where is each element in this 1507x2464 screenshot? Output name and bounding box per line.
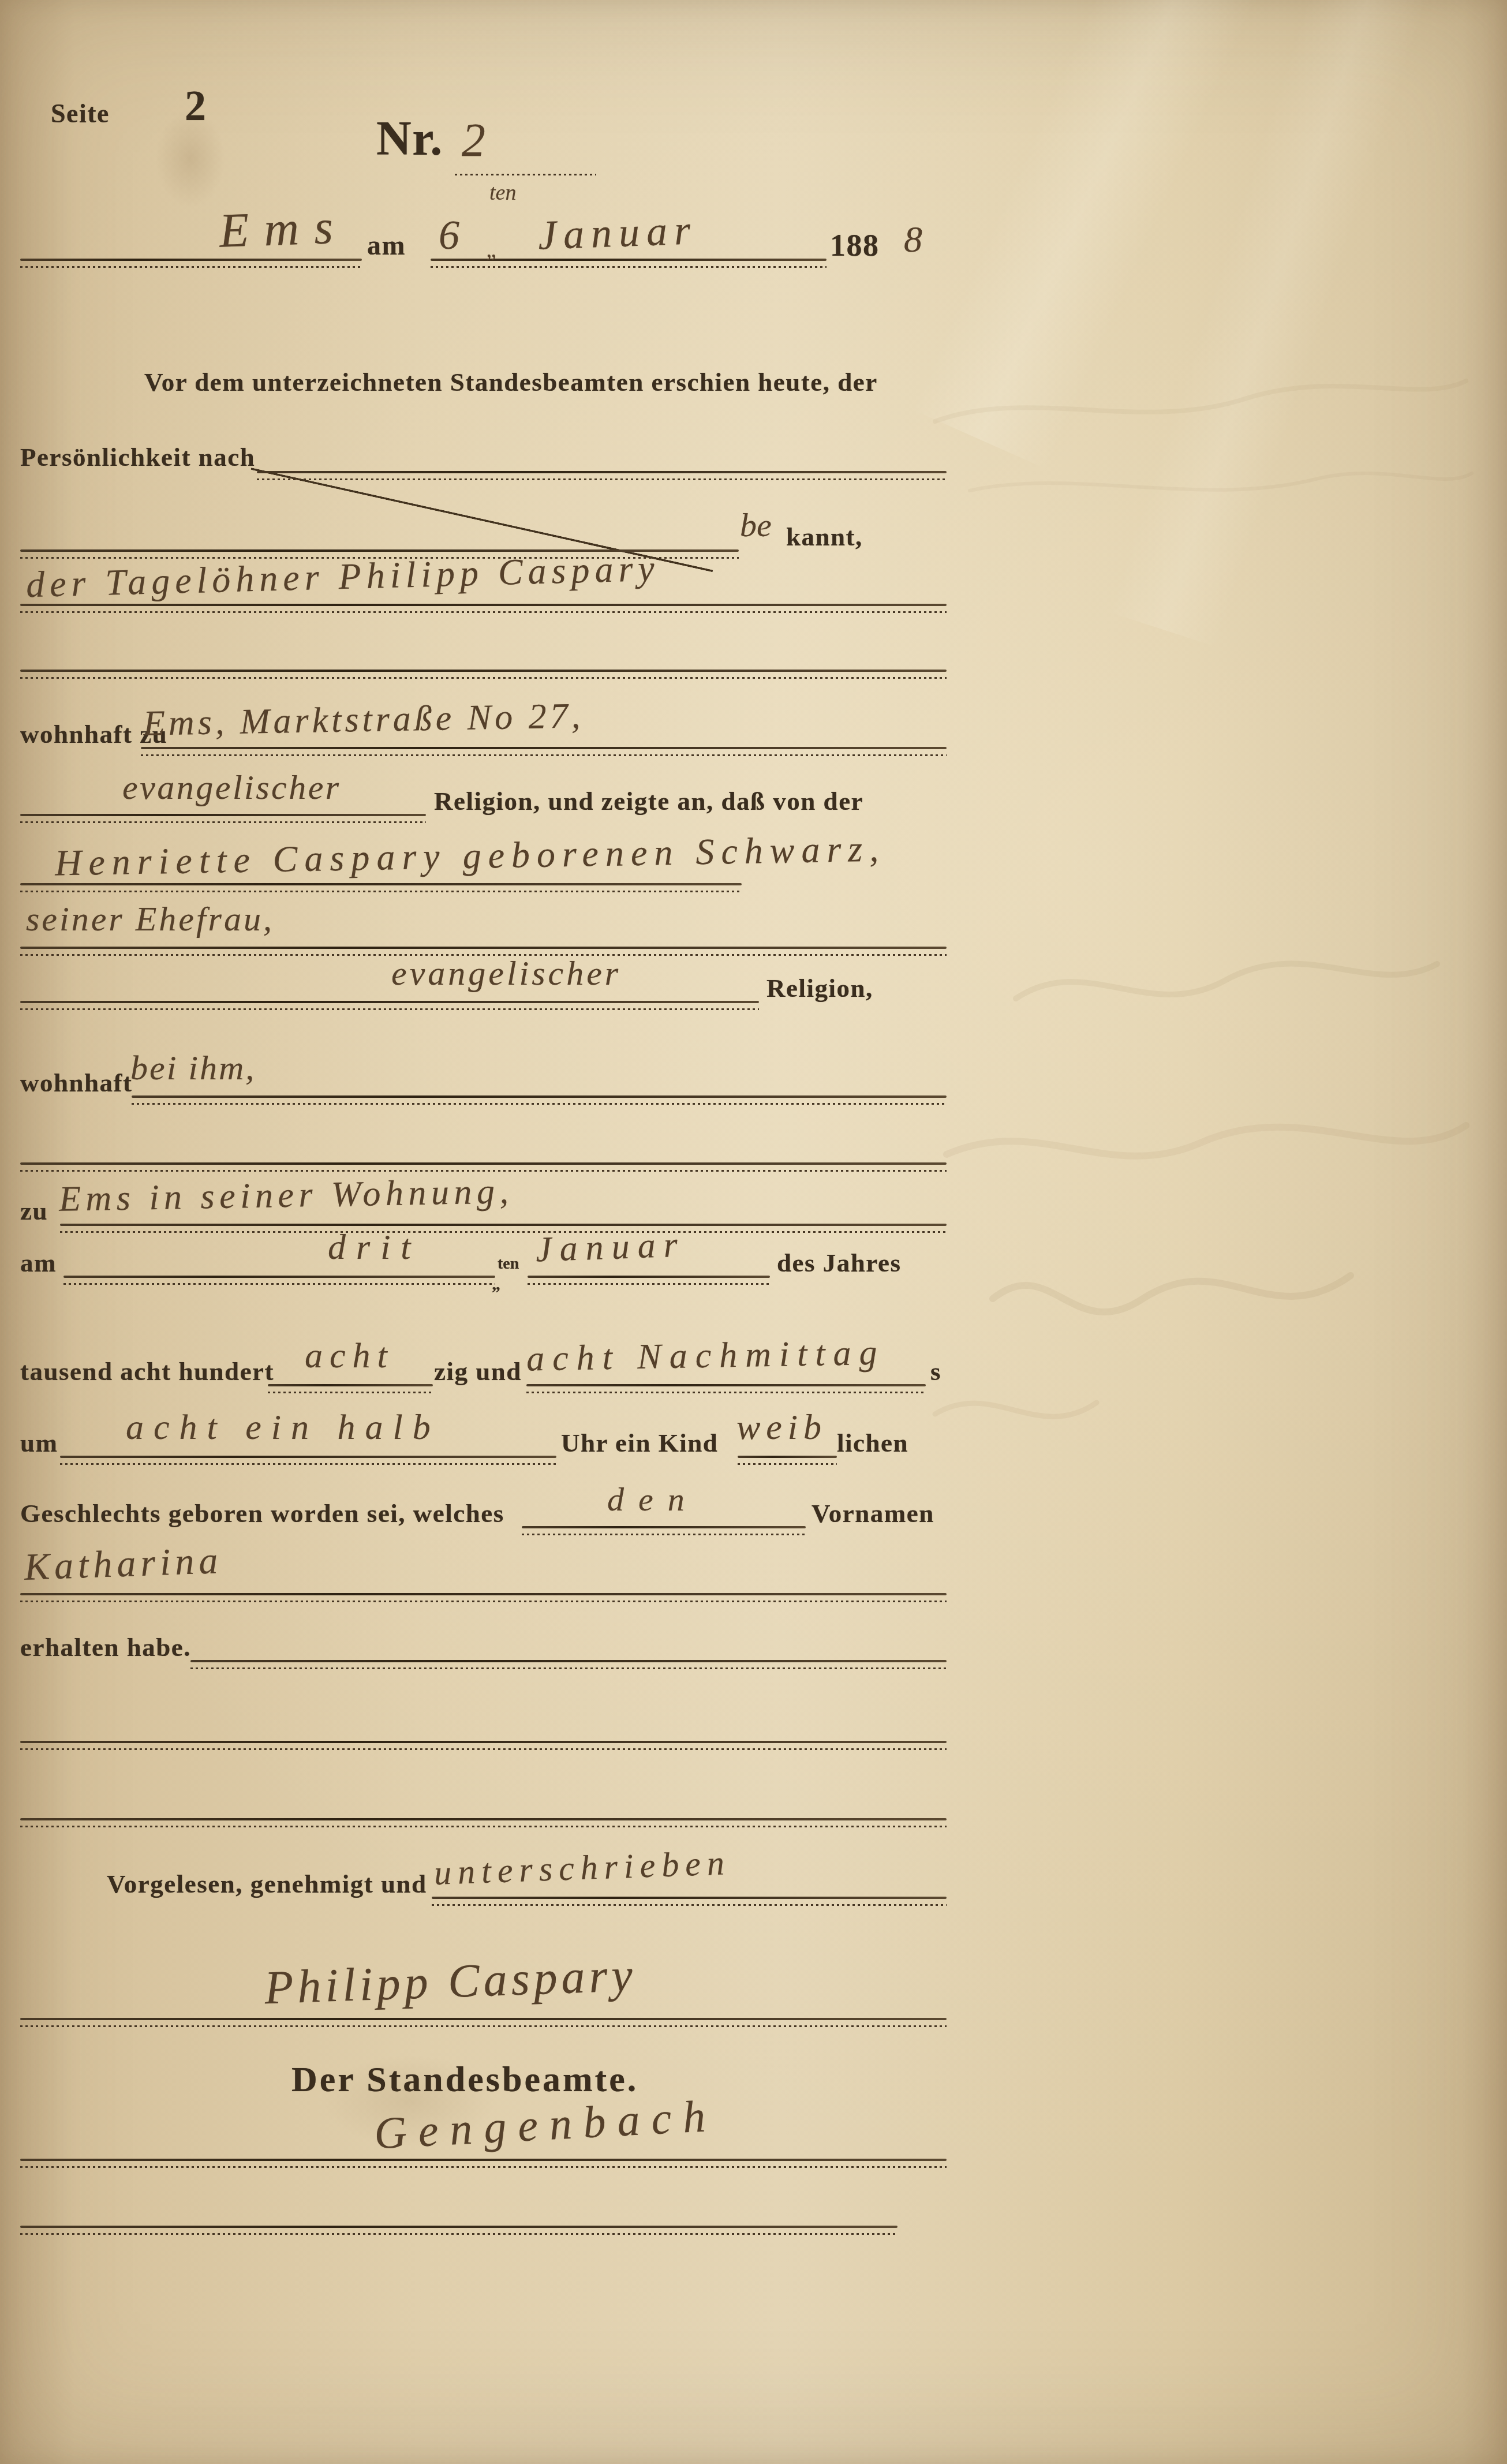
form-rule (60, 1224, 947, 1233)
residence2-label: wohnhaft (20, 1068, 133, 1098)
birthplace-label: zu (20, 1196, 48, 1226)
vornamen-printed: Vornamen (812, 1498, 934, 1528)
form-rule (20, 604, 947, 613)
religion1-handwritten: evangelischer (122, 768, 341, 807)
dateline-place-handwritten: Ems (218, 199, 349, 259)
dateline-day-ordinal: ten (489, 180, 516, 205)
birthtime-printed-mid: Uhr ein Kind (561, 1428, 718, 1458)
child-name-handwritten: Katharina (24, 1539, 223, 1590)
form-rule (432, 1897, 947, 1906)
form-rule (20, 883, 742, 892)
record-no-value: 2 (462, 113, 485, 167)
intro-line: Vor dem unterzeichneten Standesbeamten e… (144, 367, 878, 397)
dateline-year-handwritten: 8 (904, 218, 922, 261)
form-rule (20, 670, 947, 679)
form-rule (141, 747, 947, 756)
birthplace-handwritten: Ems in seiner Wohnung, (58, 1171, 514, 1220)
form-rule (20, 1818, 947, 1827)
form-rule (60, 1456, 556, 1465)
form-rule (528, 1276, 770, 1285)
dateline-day-handwritten: 6 (439, 211, 459, 259)
gender-line-printed: Geschlechts geboren worden sei, welches (20, 1498, 504, 1528)
ditto-mark: „ (486, 235, 499, 263)
form-rule (20, 814, 426, 823)
form-rule (20, 2159, 947, 2168)
birthyear-printed-mid: zig und (434, 1356, 522, 1386)
form-rule (522, 1526, 806, 1535)
form-rule (20, 1001, 759, 1010)
ditto-mark: „ (492, 1274, 502, 1294)
birthyear-printed-suffix: s (930, 1356, 941, 1386)
form-rule (20, 1741, 947, 1750)
dateline-month-handwritten: Januar (537, 206, 698, 260)
birthdate-year-label: des Jahres (777, 1248, 901, 1278)
closing-printed: Vorgelesen, genehmigt und (107, 1869, 427, 1899)
birthdate-am-label: am (20, 1248, 57, 1278)
birthyear-decade-handwritten: acht (305, 1336, 394, 1377)
form-rule (63, 1276, 495, 1285)
birthdate-day-suffix: ten (498, 1255, 519, 1273)
dateline-am-label: am (367, 230, 406, 261)
known-printed: kannt, (786, 522, 863, 552)
form-rule (526, 1384, 926, 1393)
mother-relation-handwritten: seiner Ehefrau, (26, 899, 274, 939)
religion2-handwritten: evangelischer (391, 954, 621, 993)
registrar-title: Der Standesbeamte. (291, 2059, 638, 2100)
form-rule (20, 2226, 898, 2235)
gender-handwritten: weib (736, 1407, 827, 1448)
page-number: 2 (185, 82, 207, 131)
page-label: Seite (51, 98, 110, 129)
identity-label: Persönlichkeit nach (20, 442, 255, 472)
form-rule (132, 1095, 947, 1105)
form-rule (455, 166, 596, 175)
dateline-year-printed: 188 (830, 227, 880, 263)
form-rule (20, 2018, 947, 2027)
form-rule (20, 1593, 947, 1602)
birthyear-printed-prefix: tausend acht hundert (20, 1356, 274, 1386)
birthyear-written-handwritten: acht Nachmittag (526, 1333, 885, 1380)
ink-bleedthrough (900, 317, 1478, 1530)
form-rule (20, 1162, 947, 1172)
form-rule (738, 1456, 837, 1465)
residence2-handwritten: bei ihm, (130, 1048, 256, 1088)
known-handwritten: be (740, 506, 772, 544)
birthdate-month-handwritten: Januar (535, 1224, 686, 1270)
form-rule (268, 1384, 433, 1393)
form-rule (257, 471, 947, 480)
birthdate-day-handwritten: drit (328, 1227, 421, 1268)
received-label: erhalten habe. (20, 1632, 191, 1662)
gender-printed-suffix: lichen (837, 1428, 908, 1458)
form-rule (190, 1660, 947, 1669)
form-rule (20, 259, 362, 268)
religion1-printed: Religion, und zeigte an, daß von der (434, 786, 863, 816)
religion2-printed: Religion, (766, 973, 873, 1003)
residence-handwritten: Ems, Marktstraße No 27, (143, 696, 584, 744)
record-no-label: Nr. (376, 111, 443, 167)
birthtime-handwritten: acht ein halb (126, 1407, 440, 1448)
birthtime-label: um (20, 1428, 58, 1458)
scanned-register-page: Seite 2 Nr. 2 Ems am 6 ten „ Januar 188 … (0, 0, 1507, 2464)
article-handwritten: den (607, 1480, 699, 1519)
